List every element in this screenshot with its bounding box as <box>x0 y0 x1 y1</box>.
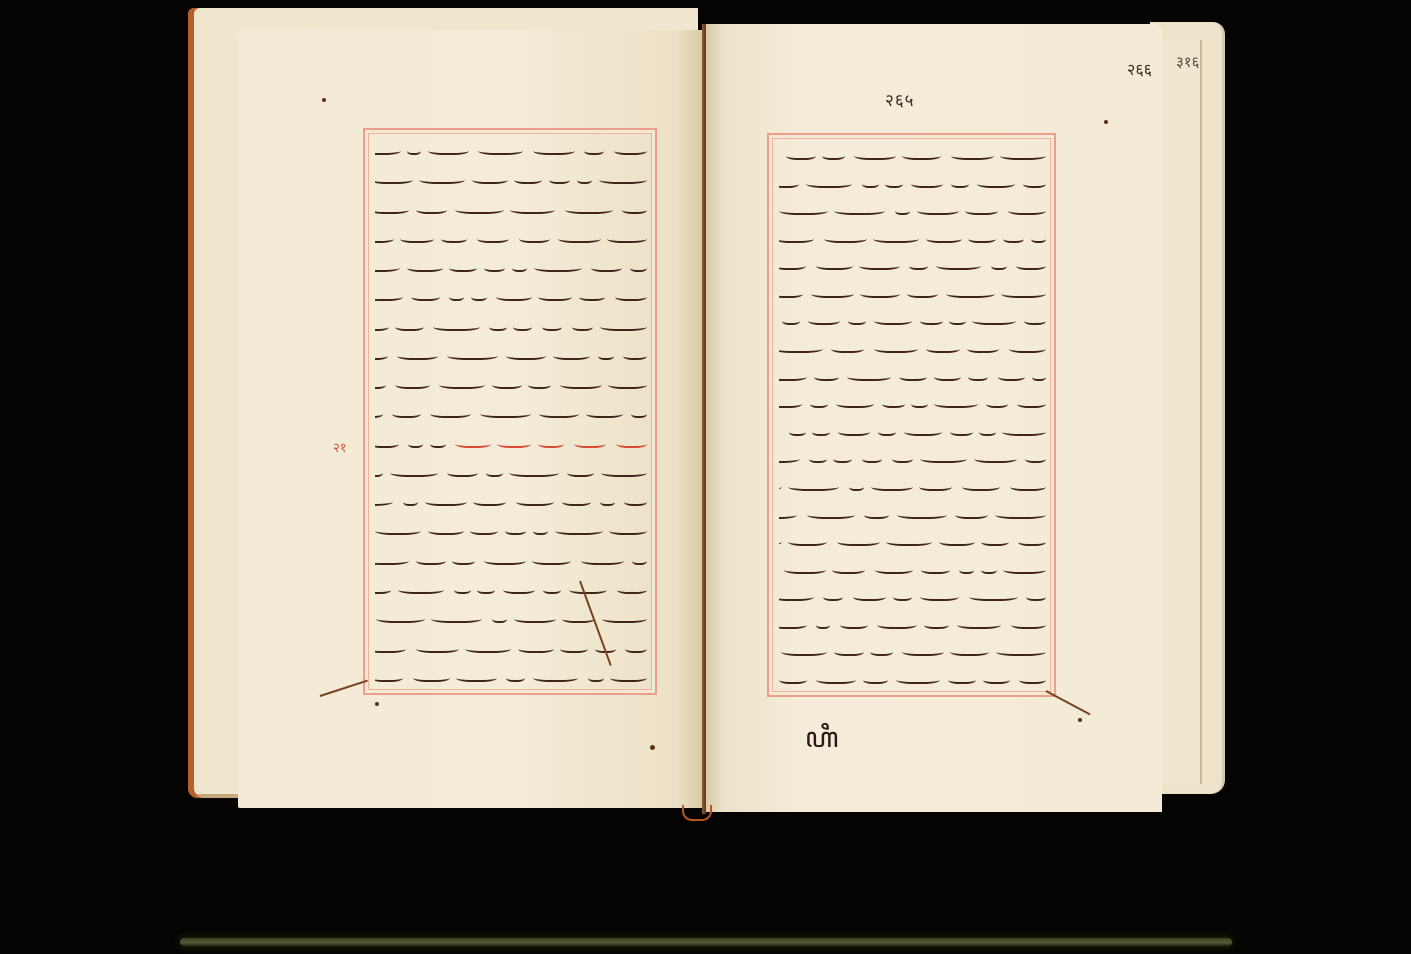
right-text-block <box>767 133 1056 697</box>
script-stroke <box>784 564 826 574</box>
script-stroke <box>833 453 852 463</box>
script-stroke <box>598 350 614 360</box>
script-stroke <box>477 584 495 594</box>
script-stroke <box>859 260 900 270</box>
script-stroke <box>509 467 559 477</box>
script-stroke <box>779 371 807 381</box>
script-stroke <box>375 496 393 506</box>
script-stroke <box>588 672 604 682</box>
script-stroke <box>562 613 595 623</box>
script-stroke <box>497 438 531 448</box>
manuscript-line <box>779 196 1046 220</box>
script-stroke <box>375 204 409 214</box>
script-stroke <box>398 584 444 594</box>
script-stroke <box>392 408 421 418</box>
script-stroke <box>816 260 853 270</box>
manuscript-line <box>779 610 1046 634</box>
script-stroke <box>456 672 497 682</box>
script-stroke <box>408 438 423 448</box>
script-stroke <box>950 646 989 656</box>
script-stroke <box>854 150 896 160</box>
manuscript-line <box>779 334 1046 358</box>
script-stroke <box>375 408 383 418</box>
script-stroke <box>428 145 469 155</box>
script-stroke <box>560 643 588 653</box>
script-stroke <box>917 205 959 215</box>
open-manuscript-book: २६५ २६६ ३१६ २१ ꦲꦶ <box>0 0 1411 954</box>
script-stroke <box>407 145 421 155</box>
page-number-corner: ३१६ <box>1176 52 1199 72</box>
script-stroke <box>447 467 478 477</box>
script-stroke <box>823 591 843 601</box>
script-stroke <box>873 233 919 243</box>
binding-thread <box>682 805 712 821</box>
manuscript-line <box>779 500 1046 524</box>
script-stroke <box>837 536 880 546</box>
ink-spot <box>1104 120 1108 124</box>
script-stroke <box>1017 398 1046 408</box>
script-stroke <box>779 205 828 215</box>
script-stroke <box>480 408 531 418</box>
script-stroke <box>934 371 961 381</box>
script-stroke <box>998 371 1025 381</box>
script-stroke <box>834 646 864 656</box>
script-stroke <box>433 321 480 331</box>
script-stroke <box>533 145 575 155</box>
script-stroke <box>862 453 882 463</box>
script-stroke <box>840 619 868 629</box>
script-stroke <box>870 646 893 656</box>
script-stroke <box>1023 178 1046 188</box>
script-stroke <box>375 174 413 184</box>
script-stroke <box>375 584 391 594</box>
script-stroke <box>779 536 782 546</box>
script-stroke <box>955 509 988 519</box>
script-stroke <box>981 536 1009 546</box>
manuscript-line <box>375 165 647 189</box>
script-stroke <box>822 150 845 160</box>
manuscript-line <box>375 312 647 336</box>
script-stroke <box>375 467 383 477</box>
script-stroke <box>877 619 917 629</box>
script-stroke <box>569 584 607 594</box>
script-stroke <box>538 291 572 301</box>
script-stroke <box>909 260 928 270</box>
script-stroke <box>920 315 943 325</box>
script-stroke <box>779 288 803 298</box>
script-stroke <box>512 262 527 272</box>
script-stroke <box>400 233 434 243</box>
catchword: ꦲꦶ <box>805 716 838 773</box>
script-stroke <box>936 260 981 270</box>
script-stroke <box>986 398 1008 408</box>
script-stroke <box>977 178 1015 188</box>
script-stroke <box>1002 426 1046 436</box>
script-stroke <box>962 481 1000 491</box>
script-stroke <box>601 467 647 477</box>
script-stroke <box>1032 371 1046 381</box>
script-stroke <box>832 564 865 574</box>
script-stroke <box>375 643 406 653</box>
script-stroke <box>555 525 603 535</box>
script-stroke <box>848 315 866 325</box>
script-stroke <box>608 379 647 389</box>
script-stroke <box>1026 591 1046 601</box>
script-stroke <box>375 438 399 448</box>
manuscript-line <box>779 527 1046 551</box>
script-stroke <box>779 178 799 188</box>
script-stroke <box>425 496 467 506</box>
script-stroke <box>779 674 807 684</box>
script-stroke <box>1001 288 1046 298</box>
script-stroke <box>505 525 526 535</box>
script-stroke <box>506 350 546 360</box>
script-stroke <box>477 233 509 243</box>
script-stroke <box>560 379 602 389</box>
script-stroke <box>574 438 606 448</box>
right-text-lines <box>779 141 1046 689</box>
script-stroke <box>623 350 647 360</box>
script-stroke <box>632 555 647 565</box>
manuscript-line <box>375 546 647 570</box>
script-stroke <box>786 150 816 160</box>
script-stroke <box>416 204 447 214</box>
script-stroke <box>907 288 938 298</box>
script-stroke <box>895 205 910 215</box>
script-stroke <box>630 262 647 272</box>
script-stroke <box>864 509 889 519</box>
script-stroke <box>503 584 535 594</box>
script-stroke <box>911 178 943 188</box>
script-stroke <box>834 205 885 215</box>
script-stroke <box>470 525 498 535</box>
script-stroke <box>789 426 806 436</box>
script-stroke <box>553 350 590 360</box>
script-stroke <box>926 343 960 353</box>
script-stroke <box>949 315 966 325</box>
script-stroke <box>513 321 532 331</box>
script-stroke <box>779 619 807 629</box>
script-stroke <box>957 619 1001 629</box>
script-stroke <box>1016 260 1046 270</box>
script-stroke <box>599 174 647 184</box>
script-stroke <box>847 371 891 381</box>
script-stroke <box>968 233 996 243</box>
script-stroke <box>939 536 975 546</box>
script-stroke <box>807 509 855 519</box>
script-stroke <box>567 467 594 477</box>
page-number-right: २६६ <box>1127 58 1152 80</box>
script-stroke <box>624 496 647 506</box>
script-stroke <box>465 643 511 653</box>
script-stroke <box>449 262 477 272</box>
script-stroke <box>416 643 459 653</box>
ink-spot <box>322 98 326 102</box>
script-stroke <box>1031 233 1046 243</box>
script-stroke <box>375 525 421 535</box>
manuscript-line <box>779 279 1046 303</box>
manuscript-line <box>779 665 1046 689</box>
script-stroke <box>375 291 403 301</box>
script-stroke <box>591 262 622 272</box>
script-stroke <box>397 350 438 360</box>
script-stroke <box>581 555 624 565</box>
script-stroke <box>579 291 605 301</box>
script-stroke <box>924 619 949 629</box>
script-stroke <box>600 321 647 331</box>
manuscript-line <box>375 604 647 628</box>
script-stroke <box>979 426 996 436</box>
script-stroke <box>897 509 947 519</box>
script-stroke <box>586 408 623 418</box>
script-stroke <box>965 205 998 215</box>
script-stroke <box>788 536 827 546</box>
script-stroke <box>395 321 424 331</box>
ink-spot <box>1078 718 1082 722</box>
page-number-center: २६५ <box>885 88 915 111</box>
manuscript-line <box>779 389 1046 413</box>
script-stroke <box>920 453 967 463</box>
script-stroke <box>814 371 839 381</box>
script-stroke <box>607 233 647 243</box>
script-stroke <box>871 481 913 491</box>
script-stroke <box>779 233 814 243</box>
script-stroke <box>572 321 593 331</box>
script-stroke <box>395 379 430 389</box>
script-stroke <box>600 496 615 506</box>
script-stroke <box>899 371 927 381</box>
script-stroke <box>614 145 647 155</box>
script-stroke <box>838 426 870 436</box>
script-stroke <box>533 672 578 682</box>
script-stroke <box>919 481 952 491</box>
script-stroke <box>375 233 394 243</box>
script-stroke <box>419 174 465 184</box>
script-stroke <box>375 145 401 155</box>
manuscript-line <box>375 282 647 306</box>
script-stroke <box>617 584 647 594</box>
script-stroke <box>431 613 482 623</box>
script-stroke <box>471 291 487 301</box>
script-stroke <box>779 453 800 463</box>
script-stroke <box>878 426 896 436</box>
script-stroke <box>959 564 974 574</box>
script-stroke <box>610 672 647 682</box>
manuscript-line <box>779 472 1046 496</box>
script-stroke <box>811 288 854 298</box>
script-stroke <box>1025 453 1046 463</box>
script-stroke <box>896 674 940 684</box>
photo-background: २६५ २६६ ३१६ २१ ꦲꦶ <box>0 0 1411 954</box>
script-stroke <box>534 262 582 272</box>
script-stroke <box>454 584 471 594</box>
script-stroke <box>926 233 962 243</box>
script-stroke <box>892 453 913 463</box>
script-stroke <box>602 613 647 623</box>
script-stroke <box>860 288 900 298</box>
script-stroke <box>1024 315 1046 325</box>
script-stroke <box>489 321 507 331</box>
script-stroke <box>779 481 782 491</box>
manuscript-line <box>779 555 1046 579</box>
script-stroke <box>510 204 555 214</box>
script-stroke <box>375 672 403 682</box>
script-stroke <box>543 584 561 594</box>
book-gutter <box>702 24 706 814</box>
script-stroke <box>430 408 471 418</box>
manuscript-line <box>779 169 1046 193</box>
script-stroke <box>631 408 647 418</box>
script-stroke <box>622 204 647 214</box>
script-stroke <box>934 398 978 408</box>
script-stroke <box>428 525 464 535</box>
script-stroke <box>968 371 988 381</box>
script-stroke <box>539 408 579 418</box>
script-stroke <box>538 438 564 448</box>
script-stroke <box>779 509 797 519</box>
script-stroke <box>809 453 827 463</box>
script-stroke <box>995 509 1046 519</box>
script-stroke <box>616 438 647 448</box>
script-stroke <box>375 350 388 360</box>
script-stroke <box>390 467 438 477</box>
script-stroke <box>375 379 386 389</box>
script-stroke <box>625 643 647 653</box>
script-stroke <box>528 379 551 389</box>
script-stroke <box>967 343 999 353</box>
ink-spot <box>375 702 379 706</box>
script-stroke <box>376 613 425 623</box>
script-stroke <box>615 291 647 301</box>
script-stroke <box>831 343 864 353</box>
script-stroke <box>951 150 994 160</box>
script-stroke <box>518 643 554 653</box>
script-stroke <box>506 672 525 682</box>
script-stroke <box>921 564 950 574</box>
script-stroke <box>904 426 942 436</box>
script-stroke <box>1018 536 1046 546</box>
script-stroke <box>951 178 969 188</box>
script-stroke <box>788 481 839 491</box>
script-stroke <box>779 398 802 408</box>
manuscript-line <box>779 251 1046 275</box>
script-stroke <box>478 145 523 155</box>
script-stroke <box>533 525 548 535</box>
script-stroke <box>486 467 503 477</box>
script-stroke <box>991 260 1007 270</box>
script-stroke <box>449 291 464 301</box>
script-stroke <box>946 288 995 298</box>
script-stroke <box>519 233 550 243</box>
script-stroke <box>874 315 912 325</box>
script-stroke <box>836 398 874 408</box>
script-stroke <box>981 564 997 574</box>
manuscript-line <box>375 253 647 277</box>
script-stroke <box>885 178 903 188</box>
script-stroke <box>558 233 601 243</box>
script-stroke <box>1003 233 1024 243</box>
script-stroke <box>532 555 571 565</box>
script-stroke <box>375 321 389 331</box>
script-stroke <box>441 233 467 243</box>
script-stroke <box>430 438 446 448</box>
manuscript-line <box>375 458 647 482</box>
scanner-edge-bar <box>180 938 1232 946</box>
script-stroke <box>808 315 840 325</box>
script-stroke <box>911 398 928 408</box>
script-stroke <box>816 619 830 629</box>
script-stroke <box>473 496 506 506</box>
manuscript-line <box>779 141 1046 165</box>
script-stroke <box>974 453 1017 463</box>
script-stroke <box>882 398 905 408</box>
script-stroke <box>455 204 504 214</box>
script-stroke <box>496 291 532 301</box>
script-stroke <box>893 591 912 601</box>
script-stroke <box>577 174 592 184</box>
script-stroke <box>950 426 973 436</box>
manuscript-line <box>779 224 1046 248</box>
script-stroke <box>886 536 932 546</box>
script-stroke <box>447 350 498 360</box>
manuscript-line <box>779 444 1046 468</box>
script-stroke <box>779 591 814 601</box>
script-stroke <box>996 646 1046 656</box>
script-stroke <box>1008 205 1046 215</box>
script-stroke <box>514 174 542 184</box>
script-stroke <box>874 343 918 353</box>
script-stroke <box>824 233 867 243</box>
manuscript-line <box>375 195 647 219</box>
script-stroke <box>1019 674 1046 684</box>
script-stroke <box>849 481 864 491</box>
margin-rubric-note: २१ <box>333 438 347 456</box>
script-stroke <box>1000 150 1046 160</box>
script-stroke <box>853 591 886 601</box>
script-stroke <box>972 315 1016 325</box>
script-stroke <box>902 646 944 656</box>
manuscript-line <box>375 575 647 599</box>
manuscript-line <box>375 399 647 423</box>
manuscript-line <box>375 429 647 453</box>
manuscript-line <box>779 582 1046 606</box>
script-stroke <box>565 204 613 214</box>
script-stroke <box>1003 564 1046 574</box>
script-stroke <box>948 674 976 684</box>
script-stroke <box>779 343 823 353</box>
script-stroke <box>375 555 409 565</box>
script-stroke <box>812 426 830 436</box>
script-stroke <box>584 145 604 155</box>
script-stroke <box>969 591 1018 601</box>
script-stroke <box>514 613 556 623</box>
script-stroke <box>542 321 562 331</box>
script-stroke <box>472 174 508 184</box>
script-stroke <box>781 646 827 656</box>
script-stroke <box>411 291 440 301</box>
script-stroke <box>403 496 418 506</box>
script-stroke <box>1011 619 1046 629</box>
script-stroke <box>484 555 526 565</box>
manuscript-line <box>375 516 647 540</box>
script-stroke <box>492 379 522 389</box>
manuscript-line <box>375 341 647 365</box>
script-stroke <box>484 262 505 272</box>
manuscript-line <box>779 306 1046 330</box>
manuscript-line <box>779 637 1046 661</box>
script-stroke <box>455 438 491 448</box>
script-stroke <box>416 555 446 565</box>
